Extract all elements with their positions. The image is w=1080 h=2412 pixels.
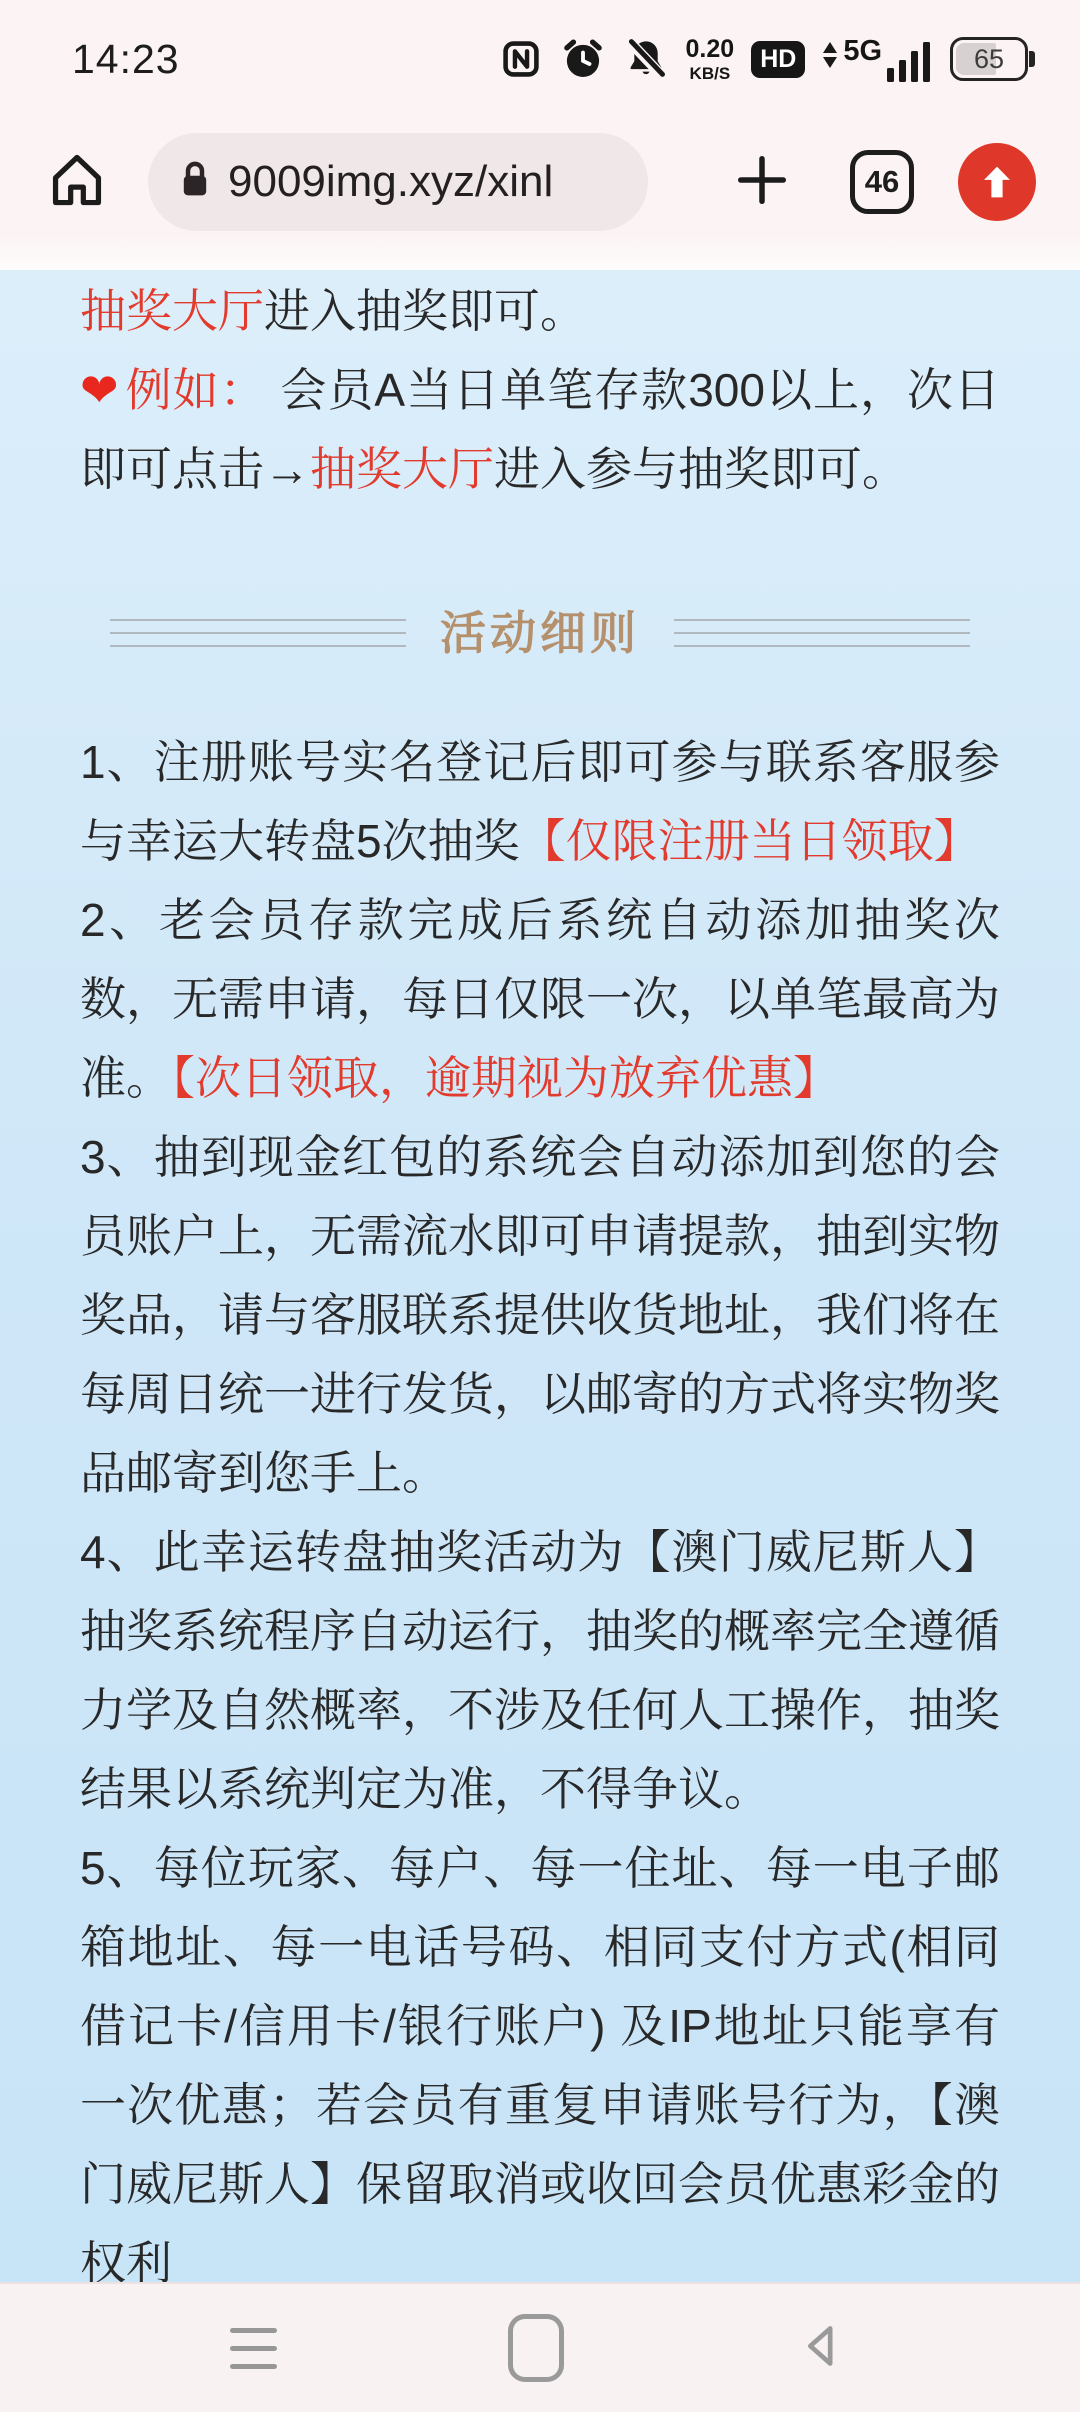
system-navbar — [0, 2282, 1080, 2412]
phone-screen: 14:23 — [0, 0, 1080, 2412]
alarm-icon — [560, 36, 606, 82]
decor-lines-right — [674, 619, 970, 647]
section-title: 活动细则 — [440, 601, 640, 665]
nfc-icon — [499, 37, 543, 81]
rule-item-2: 2、老会员存款完成后系统自动添加抽奖次数，无需申请，每日仅限一次，以单笔最高为准… — [80, 881, 1000, 1118]
intro-line: 抽奖大厅进入抽奖即可。 — [80, 272, 1000, 351]
hd-badge: HD — [751, 41, 805, 78]
mute-icon — [623, 36, 669, 82]
rule-highlight: 【次日领取，逾期视为放弃优惠】 — [172, 1052, 839, 1104]
status-icons: 0.20 KB/S HD 5G 65 — [499, 36, 1028, 82]
decor-lines-left — [110, 619, 406, 647]
battery-icon: 65 — [950, 37, 1028, 81]
rule-item-1: 1、注册账号实名登记后即可参与联系客服参与幸运大转盘5次抽奖【仅限注册当日领取】 — [80, 723, 1000, 881]
update-icon[interactable] — [958, 143, 1036, 221]
lock-icon — [178, 159, 212, 206]
browser-toolbar: 9009img.xyz/xinl 46 — [0, 108, 1080, 270]
network-speed: 0.20 KB/S — [686, 37, 735, 82]
lottery-hall-link[interactable]: 抽奖大厅 — [310, 443, 494, 495]
data-arrows-icon — [822, 42, 838, 68]
home-icon[interactable] — [44, 147, 110, 218]
new-tab-icon[interactable] — [732, 150, 792, 215]
rule-item-3: 3、抽到现金红包的系统会自动添加到您的会员账户上，无需流水即可申请提款，抽到实物… — [80, 1118, 1000, 1513]
home-pill-icon[interactable] — [508, 2314, 564, 2382]
lottery-hall-link[interactable]: 抽奖大厅 — [80, 285, 264, 337]
example-label: 例如： — [126, 364, 267, 416]
address-bar[interactable]: 9009img.xyz/xinl — [148, 133, 648, 231]
page-content: 抽奖大厅进入抽奖即可。 ❤例如： 会员A当日单笔存款300以上，次日即可点击→抽… — [0, 270, 1080, 2282]
recents-icon[interactable] — [230, 2328, 277, 2369]
signal-bars-icon: 5G — [822, 37, 933, 82]
tab-counter[interactable]: 46 — [850, 150, 914, 214]
clock: 14:23 — [72, 36, 180, 83]
rule-highlight: 【仅限注册当日领取】 — [520, 815, 980, 867]
url-text: 9009img.xyz/xinl — [228, 157, 553, 207]
status-bar: 14:23 — [0, 0, 1080, 108]
rule-item-5: 5、每位玩家、每户、每一住址、每一电子邮箱地址、每一电话号码、相同支付方式(相同… — [80, 1829, 1000, 2282]
section-header: 活动细则 — [80, 601, 1000, 665]
rule-item-4: 4、此幸运转盘抽奖活动为【澳门威尼斯人】抽奖系统程序自动运行，抽奖的概率完全遵循… — [80, 1513, 1000, 1829]
back-icon[interactable] — [794, 2318, 850, 2379]
example-paragraph: ❤例如： 会员A当日单笔存款300以上，次日即可点击→抽奖大厅进入参与抽奖即可。 — [80, 351, 1000, 509]
heart-icon: ❤ — [80, 364, 120, 416]
